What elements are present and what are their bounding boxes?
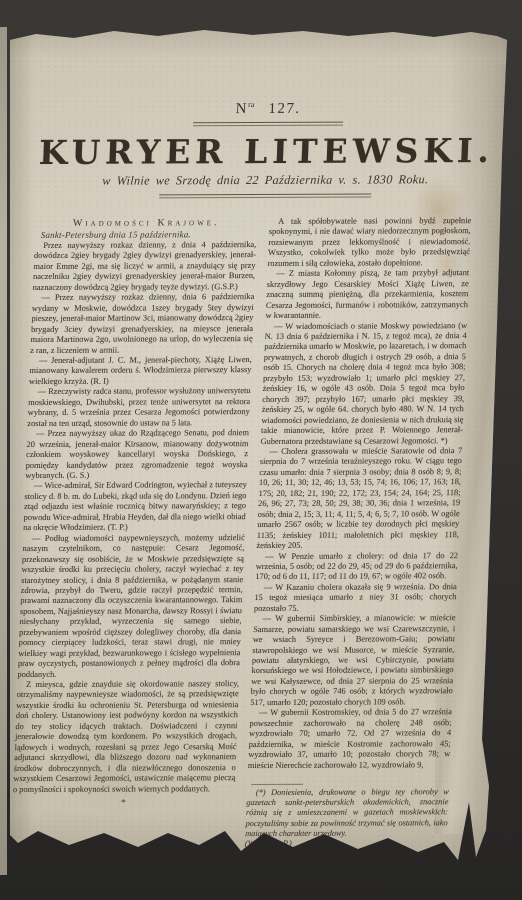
paragraph: — Przez naywyższy ukaz do Rządzącego Sen… <box>25 428 249 481</box>
paragraph: Przez naywyższy rozkaz dzienny, z dnia 4… <box>32 240 256 293</box>
paragraph: — W Penzie umarło z cholery: od dnia 17 … <box>255 551 458 583</box>
column-dateline: Sankt-Petersburg dnia 15 października. <box>35 229 257 240</box>
paragraph: — W gubernii Simbirskiey, a mianowicie: … <box>250 613 456 708</box>
adjacent-page-edge <box>0 27 7 875</box>
paragraph: A tak spółobywatele nasi powinni bydź zu… <box>267 216 471 269</box>
issue-prefix: N <box>235 101 248 117</box>
right-column-paragraphs: A tak spółobywatele nasi powinni bydź zu… <box>248 216 472 771</box>
right-column: A tak spółobywatele nasi powinni bydź zu… <box>245 216 472 849</box>
footnote: (*) Doniesienia, drukowane o biegu tey c… <box>245 787 449 839</box>
masthead-dateline: w Wilnie we Srzodę dnia 22 Października … <box>17 172 515 189</box>
newspaper-title: KURYER LITEWSKI. <box>17 132 515 171</box>
paragraph: — W gubernii Kostromskiey, od dnia 5 do … <box>248 707 452 771</box>
footnote-block: (*) Doniesienia, drukowane o biegu tey c… <box>245 783 450 849</box>
section-header: Wiadomości Krajowe. <box>35 217 257 229</box>
masthead-rule-top <box>192 122 342 127</box>
paragraph: — Z miasta Kołomny piszą, że tam przybył… <box>265 268 469 321</box>
paragraph: — Przez naywyższy rozkaz dzienny, dnia 6… <box>30 292 254 356</box>
paragraph: — Cholera grassowała w mieście Saratowie… <box>256 446 462 551</box>
paragraph: — W Kazaniu cholera okazała się 9 wrześn… <box>254 582 457 614</box>
printer-mark: * <box>12 797 234 809</box>
paragraph: — Jenerał-adjutant J. C. M., jenerał-pie… <box>29 355 252 387</box>
masthead-rule-bottom <box>159 194 371 199</box>
scanned-newspaper: { "colors":{"paper":"#cfc8b7","ink":"#41… <box>0 0 522 900</box>
issue-superscript: ra <box>248 100 255 109</box>
footnote-rule <box>251 784 303 785</box>
paragraph: — W wiadomościach o stanie Moskwy powied… <box>260 321 467 447</box>
article-columns: Wiadomości Krajowe. Sankt-Petersburg dni… <box>11 216 472 850</box>
issue-value: 127. <box>268 101 301 117</box>
newspaper-page: Nra 127. KURYER LITEWSKI. w Wilnie we Sr… <box>10 24 507 880</box>
paragraph: — Rzeczywisty radca stanu, professor wys… <box>27 386 251 429</box>
printed-content: Nra 127. KURYER LITEWSKI. w Wilnie we Sr… <box>0 23 507 881</box>
left-column: Wiadomości Krajowe. Sankt-Petersburg dni… <box>11 217 258 850</box>
paragraph: — Wice-admirał, Sir Edward Codrington, w… <box>23 480 247 533</box>
paragraph: — Podług wiadomości naypewnieyszych, moż… <box>17 533 245 680</box>
footnote-signature: (Wydaw. P. P.) <box>245 838 447 849</box>
issue-number: Nra 127. <box>19 99 517 119</box>
paragraph: Z mieysca, gdzie znayduie się okordowani… <box>13 679 240 795</box>
masthead: Nra 127. KURYER LITEWSKI. w Wilnie we Sr… <box>16 99 517 200</box>
left-column-paragraphs: Przez naywyższy rozkaz dzienny, z dnia 4… <box>13 240 257 795</box>
